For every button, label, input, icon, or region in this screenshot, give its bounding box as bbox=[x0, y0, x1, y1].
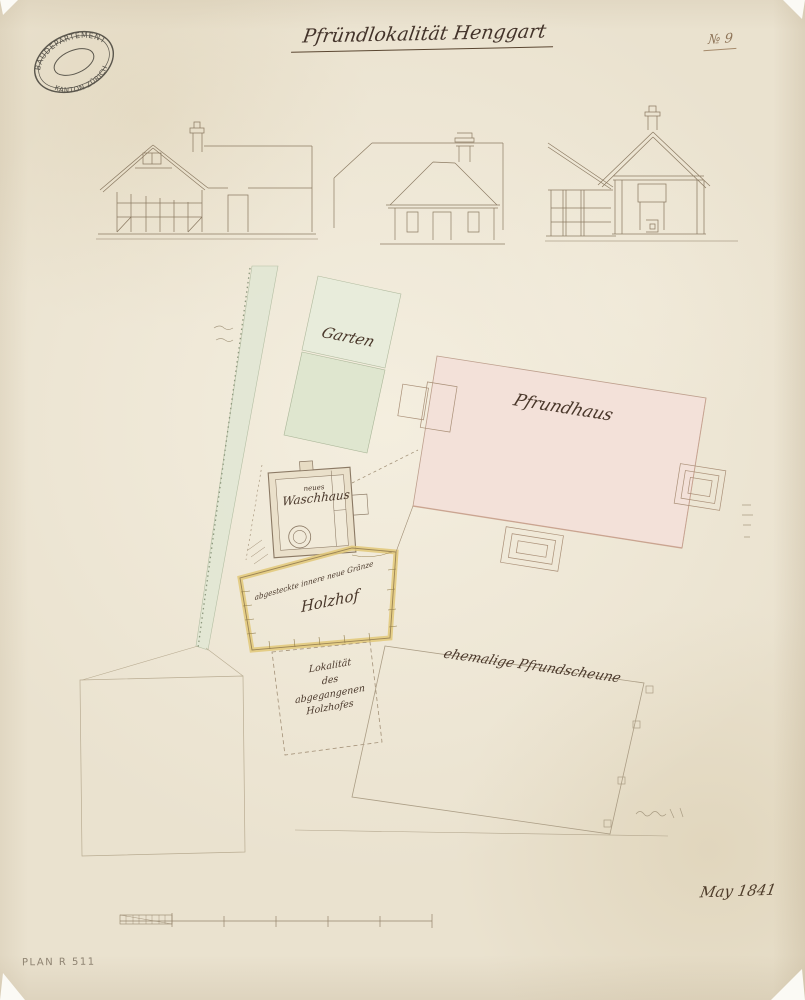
elevation-left bbox=[96, 122, 318, 239]
porch-bottom-steps bbox=[501, 527, 564, 572]
scan-corner-top-left bbox=[0, 0, 18, 18]
main-building-footprint bbox=[413, 356, 706, 548]
sheet-number: № 9 bbox=[703, 32, 737, 51]
elevation-middle bbox=[334, 133, 505, 244]
scale-bar bbox=[120, 913, 432, 928]
elevation-right bbox=[545, 106, 738, 241]
plan-line-art bbox=[0, 0, 805, 1000]
scan-corner-bottom-right bbox=[771, 966, 805, 1000]
scan-corner-bottom-left bbox=[0, 970, 25, 1000]
garden-plot-lower bbox=[284, 352, 385, 453]
survey-square bbox=[80, 676, 245, 856]
catalog-number: PLAN R 511 bbox=[22, 957, 96, 969]
scanned-plan-sheet: BAUDEPARTEMENT KANTON ZÜRICH bbox=[0, 0, 805, 1000]
scan-corner-top-right bbox=[783, 0, 805, 22]
